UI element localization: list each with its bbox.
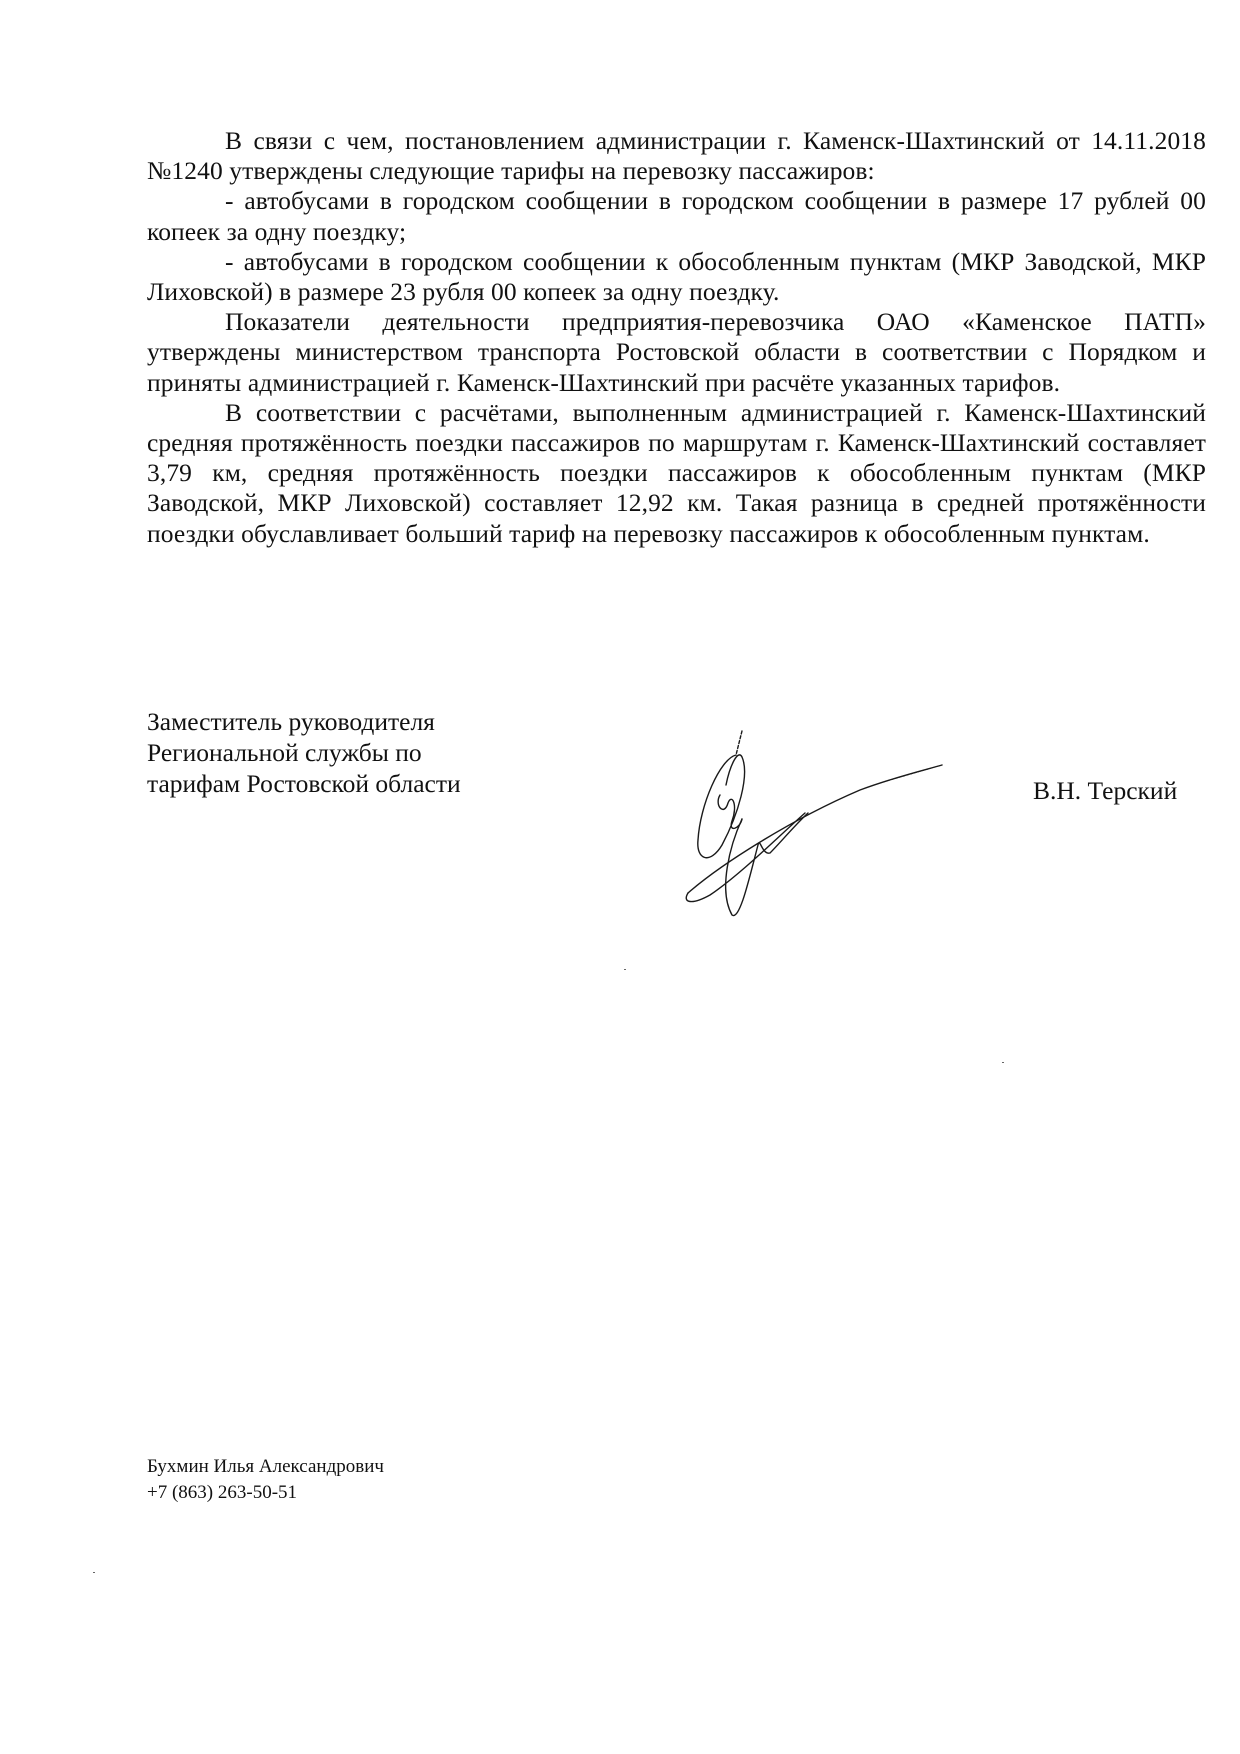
letter-body: В связи с чем, постановлением администра… [147, 126, 1206, 549]
contact-name: Бухмин Илья Александрович [147, 1454, 384, 1480]
paragraph-carrier-indicators: Показатели деятельности предприятия-пере… [147, 307, 1206, 398]
scan-artifact [1002, 1062, 1004, 1063]
signatory-title-line: Заместитель руководителя [147, 706, 461, 737]
signatory-title-line: тарифам Ростовской области [147, 768, 461, 799]
signatory-title-line: Региональной службы по [147, 737, 461, 768]
signatory-title: Заместитель руководителя Региональной сл… [147, 706, 461, 799]
paragraph-trip-length-calculation: В соответствии с расчётами, выполненным … [147, 398, 1206, 549]
signature-icon [680, 725, 950, 920]
scan-artifact [93, 1572, 95, 1573]
contact-info: Бухмин Илья Александрович +7 (863) 263-5… [147, 1454, 384, 1506]
document-page: В связи с чем, постановлением администра… [0, 0, 1240, 1754]
scan-artifact [624, 969, 626, 970]
paragraph-city-tariff: - автобусами в городском сообщении в гор… [147, 186, 1206, 246]
paragraph-tariff-resolution: В связи с чем, постановлением администра… [147, 126, 1206, 186]
paragraph-isolated-points-tariff: - автобусами в городском сообщении к обо… [147, 247, 1206, 307]
contact-phone: +7 (863) 263-50-51 [147, 1480, 384, 1506]
signatory-name: В.Н. Терский [1033, 775, 1177, 806]
